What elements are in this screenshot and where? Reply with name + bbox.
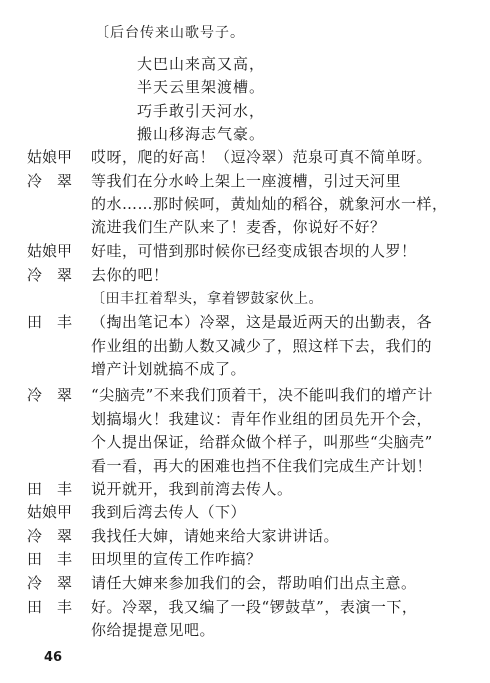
speaker-name: 田 丰	[27, 478, 89, 499]
dialogue-line: 流进我们生产队来了！麦香，你说好不好？	[91, 216, 386, 237]
speaker-name: 姑娘甲	[27, 501, 89, 522]
dialogue-line: “尖脑壳”不来我们顶着干，决不能叫我们的增产计	[91, 384, 433, 405]
speaker-name: 冷 翠	[27, 384, 89, 405]
verse-line: 巧手敢引天河水，	[137, 100, 265, 121]
dialogue-line: 哎呀，爬的好高！（逗冷翠）范泉可真不简单呀。	[91, 146, 432, 167]
dialogue-line: 划搞塌火！我建议：青年作业组的团员先开个会，	[91, 408, 432, 429]
page-number: 46	[44, 650, 62, 665]
speaker-name: 冷 翠	[27, 264, 89, 285]
speaker-name: 田 丰	[27, 548, 89, 569]
speaker-name: 姑娘甲	[27, 240, 89, 261]
dialogue-line: 我到后湾去传人（下）	[91, 501, 246, 522]
dialogue-line: 等我们在分水岭上架上一座渡槽，引过天河里	[91, 170, 401, 191]
verse-line: 大巴山来高又高，	[137, 53, 265, 74]
dialogue-line: 好。冷翠，我又编了一段“锣鼓草”，表演一下，	[91, 596, 417, 617]
speaker-name: 冷 翠	[27, 170, 89, 191]
dialogue-line: 你给提提意见吧。	[91, 619, 215, 640]
dialogue-line: 田坝里的宣传工作咋搞？	[91, 548, 262, 569]
stage-direction: 〔田丰扛着犁头，拿着锣鼓家伙上。	[91, 288, 323, 308]
dialogue-line: 作业组的出勤人数又减少了，照这样下去，我们的	[91, 335, 432, 356]
dialogue-line: 请任大婶来参加我们的会，帮助咱们出点主意。	[91, 572, 417, 593]
dialogue-line: 增产计划就搞不成了。	[91, 358, 246, 379]
speaker-name: 田 丰	[27, 596, 89, 617]
dialogue-line: 看一看，再大的困难也挡不住我们完成生产计划！	[91, 455, 432, 476]
book-page: 〔后台传来山歌号子。 大巴山来高又高， 半天云里架渡槽。 巧手敢引天河水， 搬山…	[0, 0, 490, 683]
verse-line: 搬山移海志气豪。	[137, 123, 265, 144]
speaker-name: 田 丰	[27, 311, 89, 332]
dialogue-line: 我找任大婶，请她来给大家讲讲话。	[91, 525, 339, 546]
speaker-name: 冷 翠	[27, 525, 89, 546]
speaker-name: 冷 翠	[27, 572, 89, 593]
speaker-name: 姑娘甲	[27, 146, 89, 167]
dialogue-line: 个人提出保证，给群众做个样子，叫那些“尖脑壳”	[91, 431, 433, 452]
stage-direction: 〔后台传来山歌号子。	[95, 22, 245, 42]
dialogue-line: 的水……那时候呵，黄灿灿的稻谷，就象河水一样，	[91, 193, 448, 214]
verse-line: 半天云里架渡槽。	[137, 76, 265, 97]
dialogue-line: （掏出笔记本）冷翠，这是最近两天的出勤表，各	[91, 311, 432, 332]
dialogue-line: 说开就开，我到前湾去传人。	[91, 478, 293, 499]
dialogue-line: 去你的吧！	[91, 264, 169, 285]
dialogue-line: 好哇，可惜到那时候你已经变成银杏坝的人罗！	[91, 240, 417, 261]
